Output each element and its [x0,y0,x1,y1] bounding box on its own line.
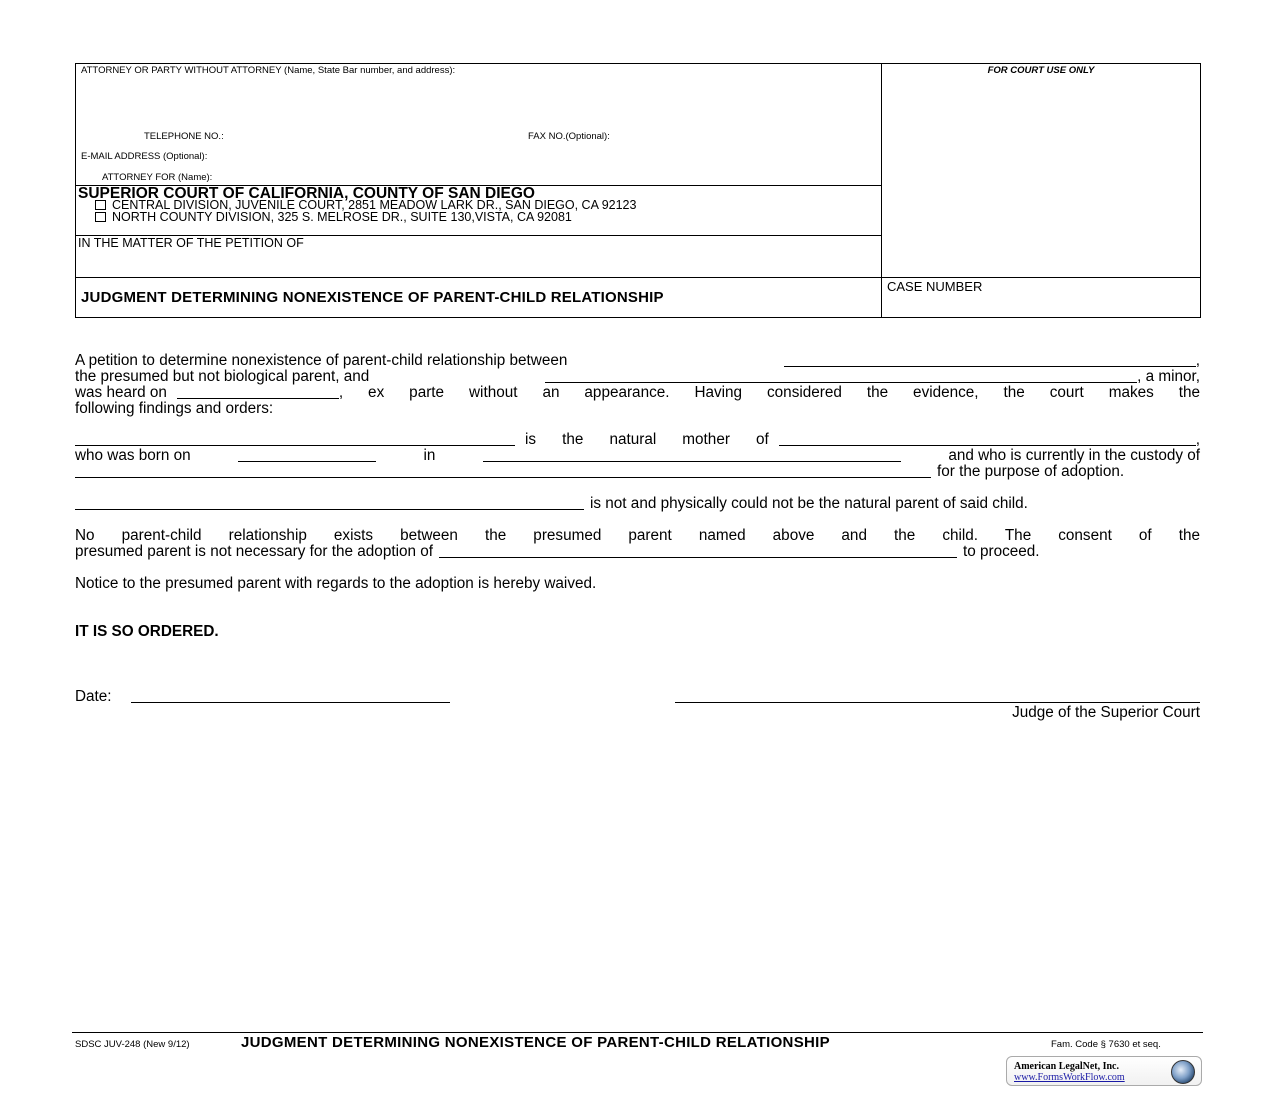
fax-label: FAX NO.(Optional): [528,131,610,142]
blank-adoptee-name[interactable] [439,544,957,558]
p2-line2-suffix: and who is currently in the custody of [948,448,1200,464]
p1-line2-suffix: , a minor, [1137,369,1200,385]
telephone-label: TELEPHONE NO.: [144,131,224,142]
blank-presumed-parent[interactable] [784,353,1196,367]
paragraph-no-relationship: No parent-child relationship exists betw… [75,528,1200,560]
logo-company-name: American LegalNet, Inc. [1014,1061,1119,1072]
case-number-label: CASE NUMBER [887,279,982,294]
column-divider [881,64,882,317]
attorney-label: ATTORNEY OR PARTY WITHOUT ATTORNEY (Name… [81,65,455,76]
p4-line2-suffix: to proceed. [963,544,1040,560]
footer-rule [72,1032,1203,1033]
ordered-text: IT IS SO ORDERED. [75,624,219,640]
p2-line1-comma: , [1196,432,1200,448]
p2-line1-text: is the natural mother of [525,432,769,448]
checkbox-north[interactable] [95,212,106,222]
attorney-for-field[interactable] [251,169,871,184]
telephone-field[interactable] [251,128,521,143]
blank-mother-name[interactable] [75,432,515,446]
checkbox-central[interactable] [95,200,106,210]
statute-reference: Fam. Code § 7630 et seq. [1051,1039,1161,1050]
p4-line1-text: No parent-child relationship exists betw… [75,528,1200,544]
p1-line1-comma: , [1196,353,1200,369]
date-label: Date: [75,688,112,706]
judge-label: Judge of the Superior Court [1012,704,1200,722]
form-id: SDSC JUV-248 (New 9/12) [75,1039,190,1050]
court-use-label: FOR COURT USE ONLY [881,65,1201,76]
p1-line4-text: following findings and orders: [75,401,273,417]
blank-birth-place[interactable] [483,448,901,462]
footer-title: JUDGMENT DETERMINING NONEXISTENCE OF PAR… [241,1034,830,1051]
paragraph-notice: Notice to the presumed parent with regar… [75,576,1200,592]
caption-block: ATTORNEY OR PARTY WITHOUT ATTORNEY (Name… [75,63,1201,318]
division-option-north[interactable]: NORTH COUNTY DIVISION, 325 S. MELROSE DR… [95,211,572,224]
case-number-field[interactable] [887,295,1192,313]
paragraph-petition: A petition to determine nonexistence of … [75,353,1200,417]
email-label: E-MAIL ADDRESS (Optional): [81,151,207,162]
date-field[interactable] [131,702,450,703]
p2-line3-text: for the purpose of adoption. [937,464,1124,480]
paragraph-not-parent: is not and physically could not be the n… [75,496,1200,512]
blank-minor-name[interactable] [545,369,1137,383]
p1-line2-text: the presumed but not biological parent, … [75,369,369,385]
p2-line2-text: who was born on [75,448,191,464]
blank-custodian[interactable] [75,464,931,478]
logo-url-link[interactable]: www.FormsWorkFlow.com [1014,1072,1125,1083]
p5-text: Notice to the presumed parent with regar… [75,576,596,592]
division-label-north: NORTH COUNTY DIVISION, 325 S. MELROSE DR… [112,210,572,224]
ordered-statement: IT IS SO ORDERED. [75,624,1200,640]
attorney-field[interactable] [81,78,876,128]
matter-field[interactable] [81,251,876,275]
p1-line1-text: A petition to determine nonexistence of … [75,353,567,369]
p3-text: is not and physically could not be the n… [590,496,1028,512]
blank-presumed-parent-2[interactable] [75,496,584,510]
blank-birth-date[interactable] [238,448,376,462]
p4-line2-text: presumed parent is not necessary for the… [75,544,433,560]
publisher-logo[interactable]: American LegalNet, Inc. www.FormsWorkFlo… [1006,1056,1202,1086]
form-title: JUDGMENT DETERMINING NONEXISTENCE OF PAR… [81,289,664,306]
fax-field[interactable] [641,128,876,143]
rule-matter [76,277,1200,278]
p1-line3-text: was heard on [75,385,167,401]
blank-hearing-date[interactable] [177,385,339,399]
blank-child-name[interactable] [779,432,1196,446]
globe-icon [1171,1060,1195,1084]
attorney-for-label: ATTORNEY FOR (Name): [102,172,212,183]
judge-signature-line[interactable] [675,702,1200,703]
email-field[interactable] [251,148,871,163]
p2-line2-in: in [424,448,436,464]
matter-label: IN THE MATTER OF THE PETITION OF [78,236,304,250]
paragraph-natural-mother: is the natural mother of , who was born … [75,432,1200,480]
p1-line3-suffix: , ex parte without an appearance. Having… [339,385,1200,401]
